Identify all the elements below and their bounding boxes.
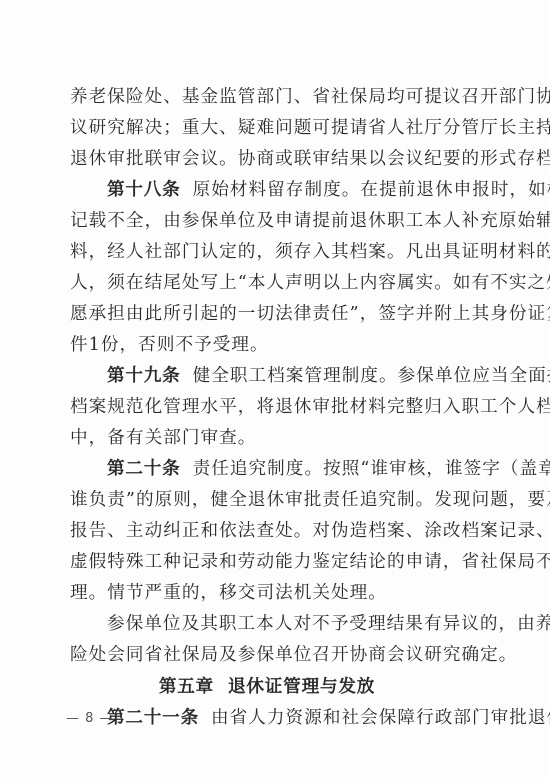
article-21-first-line: 第二十一条由省人力资源和社会保障行政部门审批退休	[70, 703, 464, 734]
text-line: 虚假特殊工种记录和劳动能力鉴定结论的申请，省社保局不予受	[70, 547, 464, 578]
text-line: 记载不全，由参保单位及申请提前退休职工本人补充原始辅证材	[70, 206, 464, 237]
article-21-label: 第二十一条	[107, 708, 199, 728]
text-line: 人，须在结尾处写上“本人声明以上内容属实。如有不实之处，	[70, 268, 464, 299]
text-line: 件1份，否则不予受理。	[70, 330, 464, 361]
text-line: 议研究解决；重大、疑难问题可提请省人社厅分管厅长主持召开	[70, 113, 464, 144]
document-page: 养老保险处、基金监管部门、省社保局均可提议召开部门协商会 议研究解决；重大、疑难…	[0, 0, 550, 778]
article-20-text: 责任追究制度。按照“谁审核，谁签字（盖章），	[193, 459, 550, 479]
article-20-label: 第二十条	[107, 459, 181, 479]
article-19-text: 健全职工档案管理制度。参保单位应当全面提升	[193, 366, 550, 386]
article-21-text: 由省人力资源和社会保障行政部门审批退休	[211, 708, 550, 728]
article-19-first-line: 第十九条健全职工档案管理制度。参保单位应当全面提升	[70, 361, 464, 392]
text-line: 谁负责”的原则，健全退休审批责任追究制。发现问题，要及时	[70, 485, 464, 516]
text-line: 险处会同省社保局及参保单位召开协商会议研究确定。	[70, 640, 464, 671]
page-number: — 8 —	[66, 711, 114, 726]
article-18-first-line: 第十八条原始材料留存制度。在提前退休申报时，如档案	[70, 175, 464, 206]
text-line: 中，备有关部门审查。	[70, 423, 464, 454]
chapter-number: 第五章	[159, 677, 214, 697]
dispute-paragraph-first-line: 参保单位及其职工本人对不予受理结果有异议的，由养老保	[70, 609, 464, 640]
chapter-title: 退休证管理与发放	[228, 677, 375, 697]
text-line: 理。情节严重的，移交司法机关处理。	[70, 578, 464, 609]
document-body: 养老保险处、基金监管部门、省社保局均可提议召开部门协商会 议研究解决；重大、疑难…	[70, 82, 464, 734]
article-18-text: 原始材料留存制度。在提前退休申报时，如档案	[193, 180, 550, 200]
text-line: 报告、主动纠正和依法查处。对伪造档案、涂改档案记录、提供	[70, 516, 464, 547]
chapter-heading: 第五章退休证管理与发放	[70, 671, 464, 703]
article-20-first-line: 第二十条责任追究制度。按照“谁审核，谁签字（盖章），	[70, 454, 464, 485]
article-19-label: 第十九条	[107, 366, 181, 386]
text-line: 档案规范化管理水平，将退休审批材料完整归入职工个人档案	[70, 392, 464, 423]
text-line: 料，经人社部门认定的，须存入其档案。凡出具证明材料的经手	[70, 237, 464, 268]
article-18-label: 第十八条	[107, 180, 181, 200]
text-line: 养老保险处、基金监管部门、省社保局均可提议召开部门协商会	[70, 82, 464, 113]
text-line: 退休审批联审会议。协商或联审结果以会议纪要的形式存档备查。	[70, 144, 464, 175]
text-line: 愿承担由此所引起的一切法律责任”，签字并附上其身份证复印	[70, 299, 464, 330]
